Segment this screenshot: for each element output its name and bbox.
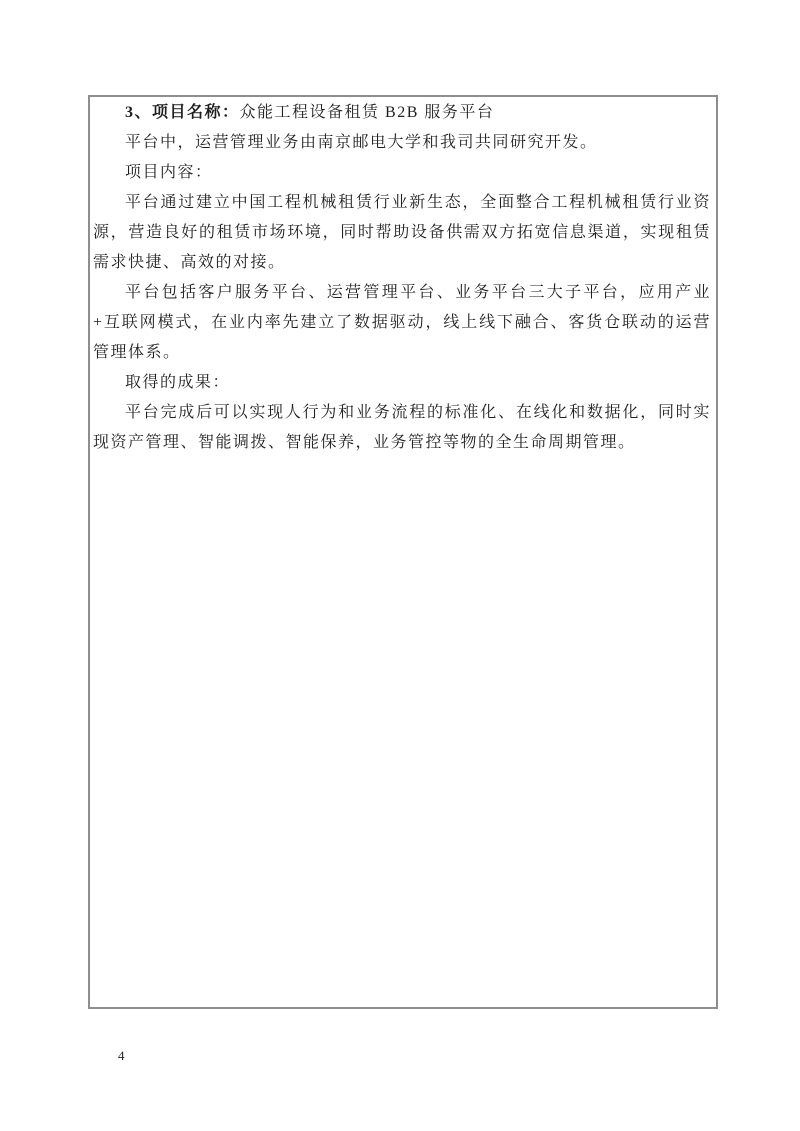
achievements-paragraph: 平台完成后可以实现人行为和业务流程的标准化、在线化和数据化，同时实现资产管理、智… [93,398,711,458]
project-intro-paragraph: 平台中，运营管理业务由南京邮电大学和我司共同研究开发。 [93,128,711,158]
project-title-label: 3、项目名称： [125,104,240,121]
project-description-cell: 3、项目名称：众能工程设备租赁 B2B 服务平台 平台中，运营管理业务由南京邮电… [88,95,718,1009]
project-title-value: 众能工程设备租赁 B2B 服务平台 [240,104,495,121]
section-label-project-content: 项目内容： [93,158,711,188]
project-content-paragraph-2: 平台包括客户服务平台、运营管理平台、业务平台三大子平台，应用产业+互联网模式，在… [93,278,711,368]
section-label-achievements: 取得的成果： [93,368,711,398]
project-content-paragraph-1: 平台通过建立中国工程机械租赁行业新生态，全面整合工程机械租赁行业资源，营造良好的… [93,188,711,278]
page-number: 4 [118,1047,125,1065]
project-title-line: 3、项目名称：众能工程设备租赁 B2B 服务平台 [93,98,711,128]
document-page: 3、项目名称：众能工程设备租赁 B2B 服务平台 平台中，运营管理业务由南京邮电… [0,0,800,1131]
